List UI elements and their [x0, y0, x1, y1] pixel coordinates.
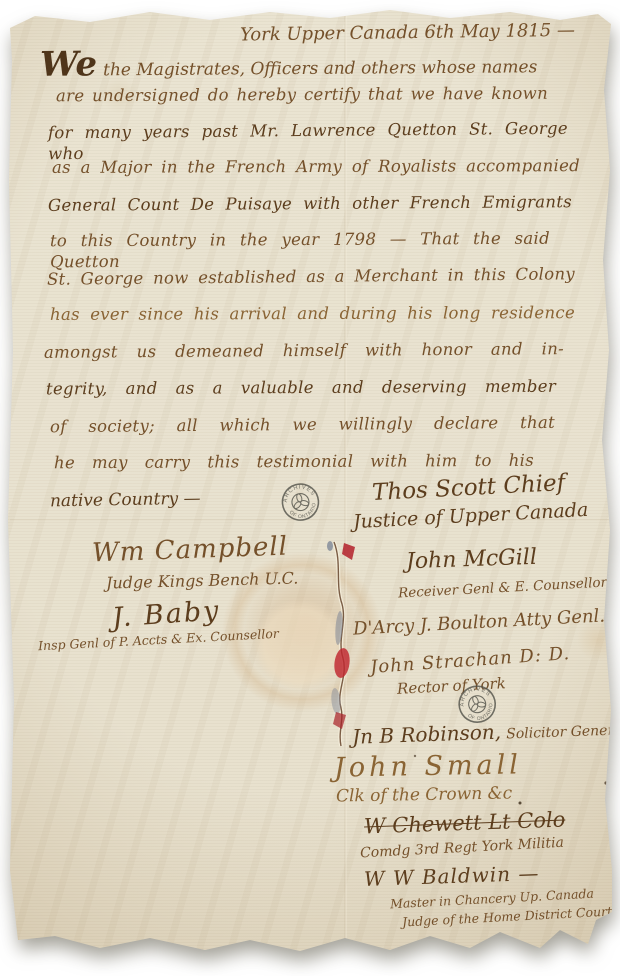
signature-j-baby: J. Baby [111, 597, 221, 631]
signature-ww-baldwin: W W Baldwin — [364, 863, 540, 889]
body-line-text: the Magistrates, Officers and others who… [103, 57, 537, 80]
body-line: as a Major in the French Army of Royalis… [52, 156, 580, 178]
signature-wm-campbell: Wm Campbell [92, 534, 289, 567]
opening-word: We [40, 44, 97, 84]
signature-john-strachan: John Strachan D: D. [370, 645, 571, 677]
signature-w-chewett: W Chewett Lt Colo [364, 809, 566, 837]
signature-john-small: John Small [334, 751, 522, 781]
signature-wm-campbell-title: Judge Kings Bench U.C. [106, 570, 299, 591]
body-line: of society; all which we willingly decla… [50, 413, 555, 438]
body-line: tegrity, and as a valuable and deserving… [46, 377, 556, 400]
signature-thos-scott: Thos Scott Chief [372, 472, 566, 505]
signature-john-mcgill-title: Receiver Genl & E. Counsellor [398, 577, 608, 601]
signature-john-mcgill: John McGill [406, 547, 538, 574]
body-line: General Count De Puisaye with other Fren… [48, 192, 572, 216]
body-line: he may carry this testimonial with him t… [54, 451, 534, 474]
closing-line: native Country — [50, 489, 201, 513]
signature-thos-scott-title: Justice of Upper Canada [353, 501, 589, 532]
wax-fragment [333, 647, 352, 679]
body-line: Wethe Magistrates, Officers and others w… [40, 40, 545, 86]
archives-ontario-stamp: ARCHIVES OF ONTARIO [276, 477, 327, 530]
body-line: are undersigned do hereby certify that w… [56, 84, 548, 107]
body-line: St. George now established as a Merchant… [47, 264, 575, 290]
scanned-document-photo: York Upper Canada 6th May 1815 — Wethe M… [0, 0, 620, 976]
manuscript-paper: York Upper Canada 6th May 1815 — Wethe M… [0, 0, 620, 976]
paper-drop-shadow: York Upper Canada 6th May 1815 — Wethe M… [0, 0, 620, 976]
signature-john-small-title: Clk of the Crown &c [336, 785, 513, 805]
signature-darcy-boulton: D'Arcy J. Boulton Atty Genl. [353, 607, 606, 638]
signature-j-baby-title: Insp Genl of P. Accts & Ex. Counsellor [38, 628, 279, 653]
body-line: amongst us demeaned himself with honor a… [44, 339, 564, 363]
signature-w-chewett-title: Comdg 3rd Regt York Militia [360, 836, 564, 861]
signature-jb-robinson-title: Solicitor General [506, 722, 620, 742]
body-line: has ever since his arrival and during hi… [50, 303, 575, 325]
